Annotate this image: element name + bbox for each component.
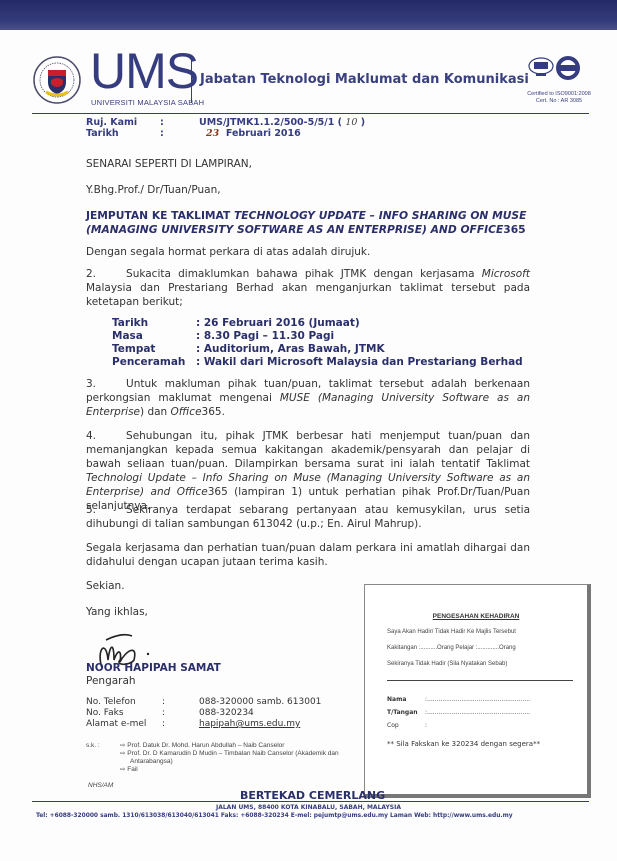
field-label: Nama [387, 696, 425, 703]
reason-line [387, 680, 573, 681]
para-text: ) dan [140, 406, 171, 418]
phone-value: 088-320000 samb. 613001 [199, 697, 321, 708]
ref-number: UMS/JTMK1.1.2/500-5/5/1 ( 10 ) [199, 117, 365, 128]
header-rule [32, 113, 589, 114]
ref-number-text: UMS/JTMK1.1.2/500-5/5/1 ( [199, 117, 342, 128]
field-label: T/Tangan [387, 709, 425, 716]
absence-reason: Sekiranya Tidak Hadir (Sila Nyatakan Seb… [387, 661, 507, 667]
footer-contact: Tel: +6088-320000 samb. 1310/613038/6130… [36, 813, 513, 819]
contact-label: No. Faks [86, 708, 162, 719]
iqnet-badge-icon [555, 55, 581, 81]
detail-row: Tempat: Auditorium, Aras Bawah, JTMK [112, 343, 523, 356]
contact-info: No. Telefon : 088-320000 samb. 613001 No… [86, 697, 321, 730]
contact-row: No. Faks : 088-320234 [86, 708, 321, 719]
date-colon: : [160, 128, 164, 139]
paragraph-4: 4.Sehubungan itu, pihak JTMK berbesar ha… [86, 429, 530, 513]
detail-value: : Wakil dari Microsoft Malaysia dan Pres… [196, 356, 523, 369]
iso-certification: Certified to ISO9001:2008 Cert. No : AR … [527, 91, 591, 105]
detail-label: Tempat [112, 343, 196, 356]
cc-text: Prof. Dr. D Kamarudin D Mudin – Timbalan… [127, 750, 338, 765]
cc-item: ⇨ Prof. Dr. D Kamarudin D Mudin – Timbal… [120, 750, 345, 766]
para-text: Malaysia dan Prestariang Berhad akan men… [86, 282, 530, 308]
signatory-name: NOOR HAPIPAH SAMAT [86, 661, 221, 675]
attendance-statement: Saya Akan Hadir/ Tidak Hadir Ke Majlis T… [387, 629, 516, 635]
detail-label: Masa [112, 330, 196, 343]
cc-item: ⇨ Fail [120, 766, 345, 774]
event-details: Tarikh: 26 Februari 2016 (Jumaat) Masa: … [112, 317, 523, 369]
detail-value: : 26 Februari 2016 (Jumaat) [196, 317, 523, 330]
contact-label: Alamat e-mel [86, 719, 162, 730]
header-divider [191, 58, 192, 103]
attendance-form-title: PENGESAHAN KEHADIRAN [365, 613, 587, 620]
contact-colon: : [162, 719, 199, 730]
detail-row: Penceramah: Wakil dari Microsoft Malaysi… [112, 356, 523, 369]
cert-standard: Certified to ISO9001:2008 [527, 91, 591, 98]
university-crest-icon [33, 56, 81, 104]
paragraph-6: Segala kerjasama dan perhatian tuan/puan… [86, 541, 530, 569]
date-handwritten: 23 [206, 128, 219, 139]
title-end: 365 [503, 223, 525, 236]
para-italic: Office [171, 406, 202, 418]
letterhead-top-band [0, 0, 617, 30]
field-label: Cop [387, 722, 425, 729]
recipient: SENARAI SEPERTI DI LAMPIRAN, [86, 157, 252, 171]
cc-list: ⇨ Prof. Datuk Dr. Mohd. Harun Abdullah –… [120, 742, 345, 774]
para-text: 365. [202, 406, 225, 418]
field-blank: :.......................................… [425, 709, 530, 716]
letter-title: JEMPUTAN KE TAKLIMAT TECHNOLOGY UPDATE –… [86, 209, 534, 237]
paragraph-1: Dengan segala hormat perkara di atas ada… [86, 245, 370, 259]
field-blank: : [425, 722, 427, 729]
cc-item: ⇨ Prof. Datuk Dr. Mohd. Harun Abdullah –… [120, 742, 345, 750]
contact-row: No. Telefon : 088-320000 samb. 613001 [86, 697, 321, 708]
detail-row: Tarikh: 26 Februari 2016 (Jumaat) [112, 317, 523, 330]
attendance-count: Kakitangan :..........Orang Pelajar :...… [387, 645, 516, 651]
ref-handwritten: 10 [345, 117, 357, 128]
cc-text: Prof. Datuk Dr. Mohd. Harun Abdullah – N… [127, 742, 284, 749]
paragraph-5: 5.Sekiranya terdapat sebarang pertanyaan… [86, 503, 530, 531]
department-name: Jabatan Teknologi Maklumat dan Komunikas… [200, 72, 529, 87]
para-number: 3. [86, 378, 96, 390]
fax-note: ** Sila Fakskan ke 320234 dengan segera*… [387, 740, 540, 748]
cc-text: Fail [127, 766, 137, 773]
detail-label: Penceramah [112, 356, 196, 369]
detail-value: : Auditorium, Aras Bawah, JTMK [196, 343, 523, 356]
detail-value: : 8.30 Pagi – 11.30 Pagi [196, 330, 523, 343]
footer-address: JALAN UMS, 88400 KOTA KINABALU, SABAH, M… [0, 804, 617, 811]
para-italic: Microsoft [482, 268, 530, 280]
contact-row: Alamat e-mel : hapipah@ums.edu.my [86, 719, 321, 730]
name-field: Nama:...................................… [387, 696, 530, 703]
salutation: Y.Bhg.Prof./ Dr/Tuan/Puan, [86, 183, 221, 197]
reference-initials: NHS/AM [88, 782, 113, 789]
closing: Sekian. [86, 579, 125, 593]
signatory-position: Pengarah [86, 674, 136, 688]
detail-label: Tarikh [112, 317, 196, 330]
fax-value: 088-320234 [199, 708, 321, 719]
field-blank: :.......................................… [425, 696, 530, 703]
cc-label: s.k. : [86, 742, 100, 750]
para-number: 2. [86, 268, 96, 280]
signature-field: T/Tangan:...............................… [387, 709, 530, 716]
ref-label: Ruj. Kami [86, 117, 137, 128]
date-text: Februari 2016 [226, 128, 301, 139]
university-name: UNIVERSITI MALAYSIA SABAH [91, 98, 204, 107]
attendance-form: PENGESAHAN KEHADIRAN Saya Akan Hadir/ Ti… [364, 584, 591, 798]
paragraph-2: 2.Sukacita dimaklumkan bahawa pihak JTMK… [86, 267, 530, 309]
ref-colon: : [160, 117, 164, 128]
sign-off: Yang ikhlas, [86, 605, 148, 619]
date-label: Tarikh [86, 128, 119, 139]
quality-system-badge-icon [528, 57, 554, 77]
letter-date: 23 Februari 2016 [206, 128, 301, 139]
para-number: 4. [86, 430, 96, 442]
detail-row: Masa: 8.30 Pagi – 11.30 Pagi [112, 330, 523, 343]
email-link[interactable]: hapipah@ums.edu.my [199, 719, 300, 729]
ums-logo-text: UMS [90, 46, 198, 96]
contact-label: No. Telefon [86, 697, 162, 708]
contact-colon: : [162, 708, 199, 719]
para-text: Sehubungan itu, pihak JTMK berbesar hati… [86, 430, 530, 470]
footer-rule [32, 801, 589, 802]
para-text: Sukacita dimaklumkan bahawa pihak JTMK d… [126, 268, 482, 280]
contact-colon: : [162, 697, 199, 708]
title-plain: JEMPUTAN KE TAKLIMAT [86, 209, 234, 222]
para-number: 5. [86, 504, 96, 516]
ref-close: ) [361, 117, 365, 128]
paragraph-3: 3.Untuk makluman pihak tuan/puan, taklim… [86, 377, 530, 419]
para-text: Sekiranya terdapat sebarang pertanyaan a… [86, 504, 530, 530]
stamp-field: Cop: [387, 722, 427, 729]
cert-number: Cert. No : AR 3085 [527, 98, 591, 105]
